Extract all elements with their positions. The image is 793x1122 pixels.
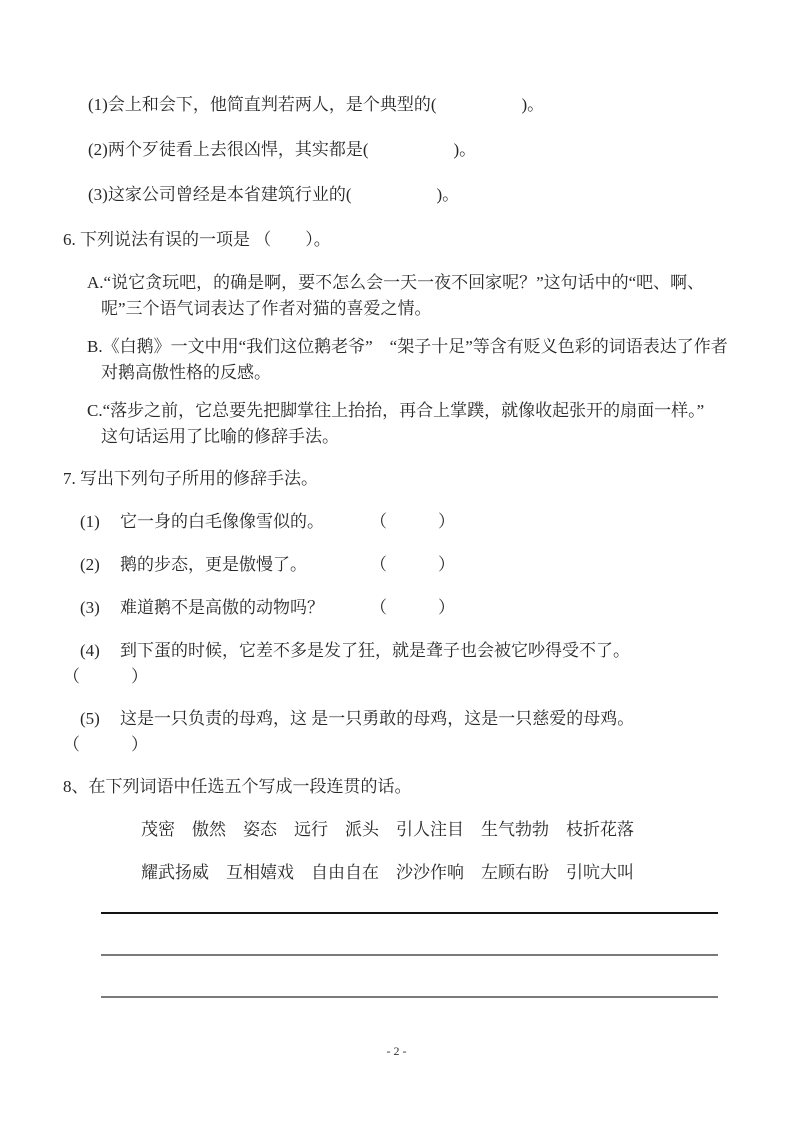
answer-line-1 [101, 912, 718, 914]
q7-item-4: (4)到下蛋的时候，它差不多是发了狂，就是聋子也会被它吵得受不了。 [80, 638, 730, 664]
q7-item-3-text: 难道鹅不是高傲的动物吗？ [120, 595, 370, 621]
q7-item-1: (1)它一身的白毛像像雪似的。（ ） [80, 509, 730, 535]
answer-line-3 [101, 996, 718, 998]
q7-item-2: (2)鹅的步态，更是傲慢了。（ ） [80, 552, 730, 578]
page-content: (1)会上和会下，他简直判若两人，是个典型的( )。 (2)两个歹徒看上去很凶悍… [63, 92, 730, 1038]
q7-item-3-answer-paren: （ ） [370, 598, 455, 617]
answer-line-2 [101, 954, 718, 956]
q6-option-b-label: B. [87, 337, 103, 356]
q5-blank-item-3: (3)这家公司曾经是本省建筑行业的( )。 [88, 182, 730, 208]
q8-answer-area [63, 912, 730, 998]
q7-item-4-answer-paren: （ ） [63, 664, 730, 690]
q6-option-b: B.《白鹅》一文中用“我们这位鹅老爷” “架子十足”等含有贬义色彩的词语表达了作… [87, 334, 730, 386]
worksheet-page: (1)会上和会下，他简直判若两人，是个典型的( )。 (2)两个歹徒看上去很凶悍… [0, 0, 793, 1122]
q7-item-3-label: (3) [80, 595, 120, 621]
q7-item-4-text: 到下蛋的时候，它差不多是发了狂，就是聋子也会被它吵得受不了。 [120, 641, 630, 660]
q5-blank-item-1: (1)会上和会下，他简直判若两人，是个典型的( )。 [88, 92, 730, 118]
q8-word-row-1: 茂密 傲然 姿态 远行 派头 引人注目 生气勃勃 枝折花落 [141, 817, 730, 843]
page-number: - 2 - [0, 1044, 793, 1059]
q6-option-b-text: 《白鹅》一文中用“我们这位鹅老爷” “架子十足”等含有贬义色彩的词语表达了作者对… [101, 337, 728, 382]
q5-blank-item-2: (2)两个歹徒看上去很凶悍，其实都是( )。 [88, 137, 730, 163]
q6-option-c-text: “落步之前，它总要先把脚掌往上抬抬，再合上掌蹼，就像收起张开的扇面一样。” 这句… [101, 401, 721, 446]
q7-item-3: (3)难道鹅不是高傲的动物吗？（ ） [80, 595, 730, 621]
question-7-heading: 7. 写出下列句子所用的修辞手法。 [63, 466, 730, 492]
q7-item-5: (5)这是一只负责的母鸡，这 是一只勇敢的母鸡，这是一只慈爱的母鸡。 [80, 706, 730, 732]
question-6-heading: 6. 下列说法有误的一项是 （ ）。 [63, 227, 730, 253]
q7-item-2-text: 鹅的步态，更是傲慢了。 [120, 552, 370, 578]
q6-option-a-label: A. [87, 273, 104, 292]
q7-item-1-label: (1) [80, 509, 120, 535]
q7-item-1-text: 它一身的白毛像像雪似的。 [120, 509, 370, 535]
q7-item-2-label: (2) [80, 552, 120, 578]
question-8-heading: 8、在下列词语中任选五个写成一段连贯的话。 [63, 774, 730, 800]
q7-item-5-text: 这是一只负责的母鸡，这 是一只勇敢的母鸡，这是一只慈爱的母鸡。 [120, 709, 634, 728]
q6-option-c-label: C. [87, 401, 103, 420]
q7-item-1-answer-paren: （ ） [370, 512, 455, 531]
q8-word-row-2: 耀武扬威 互相嬉戏 自由自在 沙沙作响 左顾右盼 引吭大叫 [141, 860, 730, 886]
q7-item-5-label: (5) [80, 706, 120, 732]
q7-item-4-label: (4) [80, 638, 120, 664]
q7-item-2-answer-paren: （ ） [370, 555, 455, 574]
q6-option-c: C.“落步之前，它总要先把脚掌往上抬抬，再合上掌蹼，就像收起张开的扇面一样。” … [87, 398, 730, 450]
q6-option-a-text: “说它贪玩吧，的确是啊，要不怎么会一天一夜不回家呢？”这句话中的“吧、啊、呢”三… [101, 273, 704, 318]
q7-item-5-answer-paren: （ ） [63, 732, 730, 758]
q6-option-a: A.“说它贪玩吧，的确是啊，要不怎么会一天一夜不回家呢？”这句话中的“吧、啊、呢… [87, 270, 730, 322]
